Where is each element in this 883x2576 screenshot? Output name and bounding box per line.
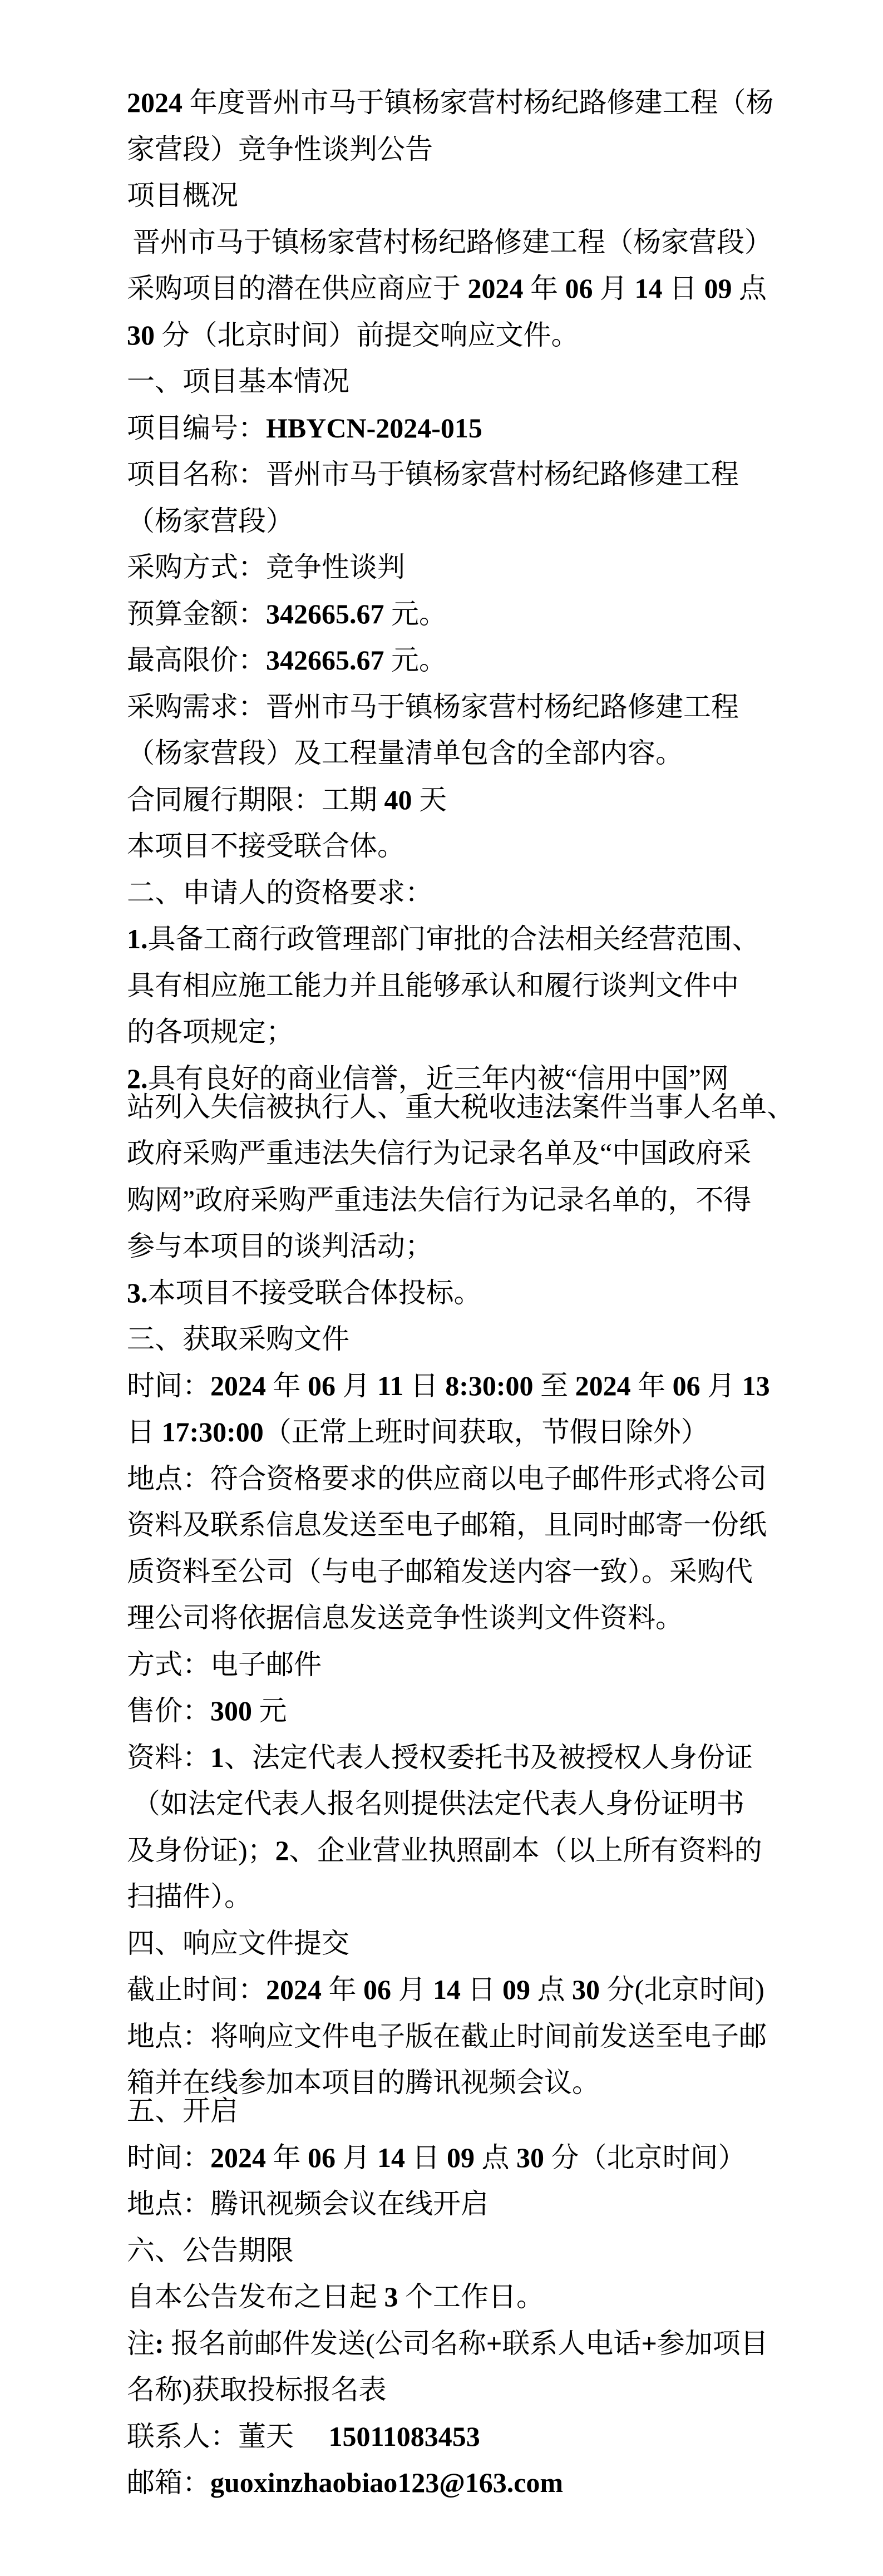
procurement-method-line: 采购方式：竞争性谈判: [127, 554, 761, 580]
qualification-2-line-2: 站列入失信被执行人、重大税收违法案件当事人名单、: [127, 1094, 761, 1120]
obtain-time-line-2: 日 17:30:00（正常上班时间获取，节假日除外）: [127, 1418, 761, 1445]
max-price-line: 最高限价：342665.67 元。: [127, 647, 761, 673]
procurement-notice-document: 2024 年度晋州市马于镇杨家营村杨纪路修建工程（杨 家营段）竞争性谈判公告 项…: [127, 89, 761, 2496]
overview-deadline-line-2: 30 分（北京时间）前提交响应文件。: [127, 322, 761, 348]
section-3-obtain-documents-heading: 三、获取采购文件: [127, 1326, 761, 1352]
procurement-demand-line-1: 采购需求：晋州市马于镇杨家营村杨纪路修建工程: [127, 693, 761, 720]
section-6-announcement-period-heading: 六、公告期限: [127, 2237, 761, 2264]
document-price-line: 售价：300 元: [127, 1697, 761, 1724]
project-overview-heading: 项目概况: [127, 182, 761, 209]
section-4-response-submission-heading: 四、响应文件提交: [127, 1930, 761, 1957]
submission-deadline-line: 截止时间：2024 年 06 月 14 日 09 点 30 分(北京时间): [127, 1976, 761, 2003]
obtain-location-line-4: 理公司将依据信息发送竞争性谈判文件资料。: [127, 1604, 761, 1631]
budget-amount-line: 预算金额：342665.67 元。: [127, 600, 761, 627]
qualification-3-line: 3.本项目不接受联合体投标。: [127, 1279, 761, 1306]
obtain-location-line-2: 资料及联系信息发送至电子邮箱，且同时邮寄一份纸: [127, 1511, 761, 1538]
project-name-line-1: 项目名称：晋州市马于镇杨家营村杨纪路修建工程: [127, 461, 761, 487]
obtain-location-line-3: 质资料至公司（与电子邮箱发送内容一致）。采购代: [127, 1558, 761, 1585]
obtain-time-line-1: 时间：2024 年 06 月 11 日 8:30:00 至 2024 年 06 …: [127, 1372, 761, 1399]
registration-note-line-1: 注: 报名前邮件发送(公司名称+联系人电话+参加项目: [127, 2330, 761, 2357]
opening-time-line: 时间：2024 年 06 月 14 日 09 点 30 分（北京时间）: [127, 2144, 761, 2171]
qualification-2-line-3: 政府采购严重违法失信行为记录名单及“中国政府采: [127, 1140, 761, 1166]
contact-person-line: 联系人：董天 15011083453: [127, 2423, 761, 2450]
submission-location-line-2: 箱并在线参加本项目的腾讯视频会议。: [127, 2069, 761, 2096]
notice-title-line-1: 2024 年度晋州市马于镇杨家营村杨纪路修建工程（杨: [127, 89, 761, 116]
project-number-line: 项目编号：HBYCN-2024-015: [127, 415, 761, 441]
contract-period-line: 合同履行期限：工期 40 天: [127, 786, 761, 813]
required-materials-line-2: （如法定代表人报名则提供法定代表人身份证明书: [127, 1790, 761, 1817]
section-1-basic-info-heading: 一、项目基本情况: [127, 368, 761, 395]
contact-email-line: 邮箱：guoxinzhaobiao123@163.com: [127, 2469, 761, 2496]
qualification-1-line-1: 1.具备工商行政管理部门审批的合法相关经营范围、: [127, 925, 761, 952]
overview-deadline-line-1: 采购项目的潜在供应商应于 2024 年 06 月 14 日 09 点: [127, 275, 761, 302]
announcement-period-line: 自本公告发布之日起 3 个工作日。: [127, 2283, 761, 2310]
no-consortium-line: 本项目不接受联合体。: [127, 833, 761, 859]
project-name-line-2: （杨家营段）: [127, 508, 761, 534]
registration-note-line-2: 名称)获取投标报名表: [127, 2376, 761, 2403]
project-overview-name-line: 晋州市马于镇杨家营村杨纪路修建工程（杨家营段）: [127, 229, 761, 255]
qualification-2-line-1: 2.具有良好的商业信誉，近三年内被“信用中国”网: [127, 1065, 761, 1092]
qualification-2-line-4: 购网”政府采购严重违法失信行为记录名单的，不得: [127, 1186, 761, 1213]
section-5-opening-heading: 五、开启: [127, 2097, 761, 2124]
obtain-location-line-1: 地点：符合资格要求的供应商以电子邮件形式将公司: [127, 1465, 761, 1492]
required-materials-line-4: 扫描件）。: [127, 1883, 761, 1910]
submission-location-line-1: 地点：将响应文件电子版在截止时间前发送至电子邮: [127, 2023, 761, 2050]
required-materials-line-3: 及身份证)；2、企业营业执照副本（以上所有资料的: [127, 1837, 761, 1864]
qualification-1-line-3: 的各项规定；: [127, 1018, 761, 1045]
notice-title-line-2: 家营段）竞争性谈判公告: [127, 136, 761, 162]
opening-location-line: 地点：腾讯视频会议在线开启: [127, 2190, 761, 2217]
qualification-1-line-2: 具有相应施工能力并且能够承认和履行谈判文件中: [127, 972, 761, 999]
section-2-qualification-heading: 二、申请人的资格要求：: [127, 879, 761, 906]
qualification-2-line-5: 参与本项目的谈判活动；: [127, 1233, 761, 1259]
obtain-method-line: 方式：电子邮件: [127, 1651, 761, 1678]
procurement-demand-line-2: （杨家营段）及工程量清单包含的全部内容。: [127, 740, 761, 766]
required-materials-line-1: 资料：1、法定代表人授权委托书及被授权人身份证: [127, 1744, 761, 1771]
